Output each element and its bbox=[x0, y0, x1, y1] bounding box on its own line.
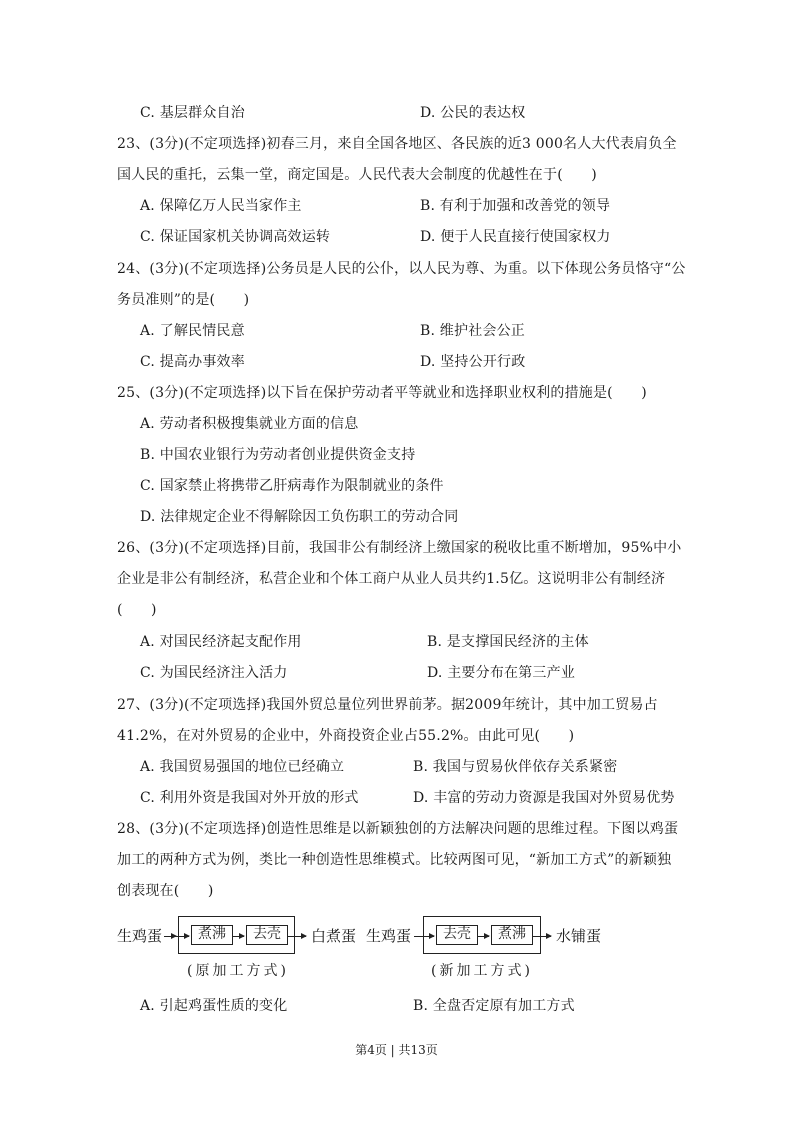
option-text: 我国贸易强国的地位已经确立 bbox=[160, 759, 345, 775]
question-26-option-b: B. 是支撑国民经济的主体 bbox=[427, 633, 589, 651]
option-label: A. bbox=[140, 759, 155, 775]
question-24-line-2: 务员准则”的是( ) bbox=[117, 291, 249, 309]
option-text: 维护社会公正 bbox=[440, 323, 525, 339]
question-28-line-2: 加工的两种方式为例，类比一种创造性思维模式。比较两图可见，“新加工方式”的新颖独 bbox=[117, 851, 671, 869]
option-text: 基层群众自治 bbox=[160, 105, 245, 121]
option-text: 利用外资是我国对外开放的形式 bbox=[160, 790, 359, 806]
egg-processing-diagram: 生鸡蛋 煮沸 去壳 白煮蛋 (原加工方式) 生鸡蛋 去壳 煮沸 水铺蛋 (新加工… bbox=[117, 912, 617, 982]
new-caption: (新加工方式) bbox=[431, 960, 533, 980]
option-label: C. bbox=[140, 105, 155, 121]
original-step-2: 去壳 bbox=[246, 925, 288, 945]
question-24-option-b: B. 维护社会公正 bbox=[420, 322, 525, 340]
question-26-option-d: D. 主要分布在第三产业 bbox=[427, 664, 575, 682]
question-28-line-3: 创表现在( ) bbox=[117, 882, 214, 900]
question-24-option-c: C. 提高办事效率 bbox=[140, 353, 245, 371]
option-text: 国家禁止将携带乙肝病毒作为限制就业的条件 bbox=[160, 478, 444, 494]
new-output-label: 水铺蛋 bbox=[556, 927, 601, 945]
option-label: A. bbox=[140, 634, 155, 650]
arrow-icon bbox=[478, 936, 489, 937]
original-step-1: 煮沸 bbox=[191, 925, 233, 945]
original-input-label: 生鸡蛋 bbox=[117, 927, 162, 945]
original-output-label: 白煮蛋 bbox=[311, 927, 356, 945]
option-prev-d: D. 公民的表达权 bbox=[420, 104, 525, 122]
option-label: B. bbox=[420, 198, 435, 214]
option-label: A. bbox=[140, 198, 155, 214]
option-label: D. bbox=[420, 105, 436, 121]
question-25-line-1: 25、(3分)(不定项选择)以下旨在保护劳动者平等就业和选择职业权利的措施是( … bbox=[117, 384, 647, 402]
option-label: C. bbox=[140, 665, 155, 681]
option-text: 劳动者积极搜集就业方面的信息 bbox=[160, 416, 359, 432]
question-27-option-b: B. 我国与贸易伙伴依存关系紧密 bbox=[413, 758, 617, 776]
question-28-option-a: A. 引起鸡蛋性质的变化 bbox=[140, 997, 287, 1015]
question-23-line-2: 国人民的重托，云集一堂，商定国是。人民代表大会制度的优越性在于( ) bbox=[117, 166, 597, 184]
question-27-option-c: C. 利用外资是我国对外开放的形式 bbox=[140, 789, 359, 807]
question-26-line-2: 企业是非公有制经济，私营企业和个体工商户从业人员共约1.5亿。这说明非公有制经济 bbox=[117, 570, 665, 588]
new-step-1: 去壳 bbox=[436, 925, 478, 945]
new-input-label: 生鸡蛋 bbox=[366, 927, 411, 945]
question-25-option-a: A. 劳动者积极搜集就业方面的信息 bbox=[140, 415, 358, 433]
option-text: 便于人民直接行使国家权力 bbox=[440, 229, 610, 245]
option-text: 主要分布在第三产业 bbox=[447, 665, 575, 681]
question-25-option-d: D. 法律规定企业不得解除因工负伤职工的劳动合同 bbox=[140, 508, 458, 526]
option-label: B. bbox=[413, 998, 428, 1014]
option-label: C. bbox=[140, 478, 155, 494]
option-prev-c: C. 基层群众自治 bbox=[140, 104, 245, 122]
question-26-option-c: C. 为国民经济注入活力 bbox=[140, 664, 288, 682]
question-23-option-b: B. 有利于加强和改善党的领导 bbox=[420, 197, 610, 215]
option-text: 中国农业银行为劳动者创业提供资金支持 bbox=[160, 447, 416, 463]
option-text: 提高办事效率 bbox=[160, 354, 245, 370]
question-23-option-a: A. 保障亿万人民当家作主 bbox=[140, 197, 302, 215]
option-text: 我国与贸易伙伴依存关系紧密 bbox=[433, 759, 618, 775]
option-text: 为国民经济注入活力 bbox=[160, 665, 288, 681]
question-24-option-a: A. 了解民情民意 bbox=[140, 322, 245, 340]
option-text: 了解民情民意 bbox=[160, 323, 245, 339]
question-26-line-3: ( ) bbox=[117, 601, 157, 619]
question-28-option-b: B. 全盘否定原有加工方式 bbox=[413, 997, 575, 1015]
question-27-option-a: A. 我国贸易强国的地位已经确立 bbox=[140, 758, 344, 776]
option-text: 对国民经济起支配作用 bbox=[160, 634, 302, 650]
option-text: 法律规定企业不得解除因工负伤职工的劳动合同 bbox=[160, 509, 458, 525]
option-label: D. bbox=[427, 665, 443, 681]
question-26-option-a: A. 对国民经济起支配作用 bbox=[140, 633, 302, 651]
option-label: C. bbox=[140, 790, 155, 806]
option-label: D. bbox=[413, 790, 429, 806]
page-footer: 第4页 | 共13页 bbox=[0, 1041, 793, 1058]
arrow-icon bbox=[170, 936, 189, 937]
option-text: 引起鸡蛋性质的变化 bbox=[160, 998, 288, 1014]
option-label: C. bbox=[140, 229, 155, 245]
question-27-line-1: 27、(3分)(不定项选择)我国外贸总量位列世界前茅。据2009年统计，其中加工… bbox=[117, 696, 658, 714]
question-23-option-c: C. 保证国家机关协调高效运转 bbox=[140, 228, 330, 246]
original-caption: (原加工方式) bbox=[187, 960, 289, 980]
option-label: D. bbox=[420, 354, 436, 370]
option-text: 保证国家机关协调高效运转 bbox=[160, 229, 330, 245]
arrow-icon bbox=[233, 936, 244, 937]
option-label: B. bbox=[140, 447, 155, 463]
question-28-line-1: 28、(3分)(不定项选择)创造性思维是以新颖独创的方法解决问题的思维过程。下图… bbox=[117, 820, 678, 838]
option-text: 是支撑国民经济的主体 bbox=[447, 634, 589, 650]
arrow-icon bbox=[414, 936, 434, 937]
question-24-line-1: 24、(3分)(不定项选择)公务员是人民的公仆，以人民为尊、为重。以下体现公务员… bbox=[117, 260, 686, 278]
option-text: 公民的表达权 bbox=[440, 105, 525, 121]
option-label: D. bbox=[140, 509, 156, 525]
option-label: B. bbox=[420, 323, 435, 339]
option-label: A. bbox=[140, 323, 155, 339]
option-label: A. bbox=[140, 416, 155, 432]
option-text: 坚持公开行政 bbox=[440, 354, 525, 370]
option-text: 保障亿万人民当家作主 bbox=[160, 198, 302, 214]
question-25-option-b: B. 中国农业银行为劳动者创业提供资金支持 bbox=[140, 446, 415, 464]
arrow-icon bbox=[533, 936, 551, 937]
option-label: D. bbox=[420, 229, 436, 245]
option-label: A. bbox=[140, 998, 155, 1014]
question-26-line-1: 26、(3分)(不定项选择)目前，我国非公有制经济上缴国家的税收比重不断增加，9… bbox=[117, 539, 681, 557]
question-25-option-c: C. 国家禁止将携带乙肝病毒作为限制就业的条件 bbox=[140, 477, 444, 495]
new-step-2: 煮沸 bbox=[491, 925, 533, 945]
option-text: 丰富的劳动力资源是我国对外贸易优势 bbox=[433, 790, 674, 806]
option-label: B. bbox=[427, 634, 442, 650]
question-23-option-d: D. 便于人民直接行使国家权力 bbox=[420, 228, 611, 246]
question-27-line-2: 41.2%，在对外贸易的企业中，外商投资企业占55.2%。由此可见( ) bbox=[117, 727, 574, 745]
option-text: 全盘否定原有加工方式 bbox=[433, 998, 575, 1014]
option-label: B. bbox=[413, 759, 428, 775]
question-23-line-1: 23、(3分)(不定项选择)初春三月，来自全国各地区、各民族的近3 000名人大… bbox=[117, 135, 677, 153]
arrow-icon bbox=[288, 936, 306, 937]
option-text: 有利于加强和改善党的领导 bbox=[440, 198, 610, 214]
option-label: C. bbox=[140, 354, 155, 370]
question-27-option-d: D. 丰富的劳动力资源是我国对外贸易优势 bbox=[413, 789, 675, 807]
question-24-option-d: D. 坚持公开行政 bbox=[420, 353, 525, 371]
